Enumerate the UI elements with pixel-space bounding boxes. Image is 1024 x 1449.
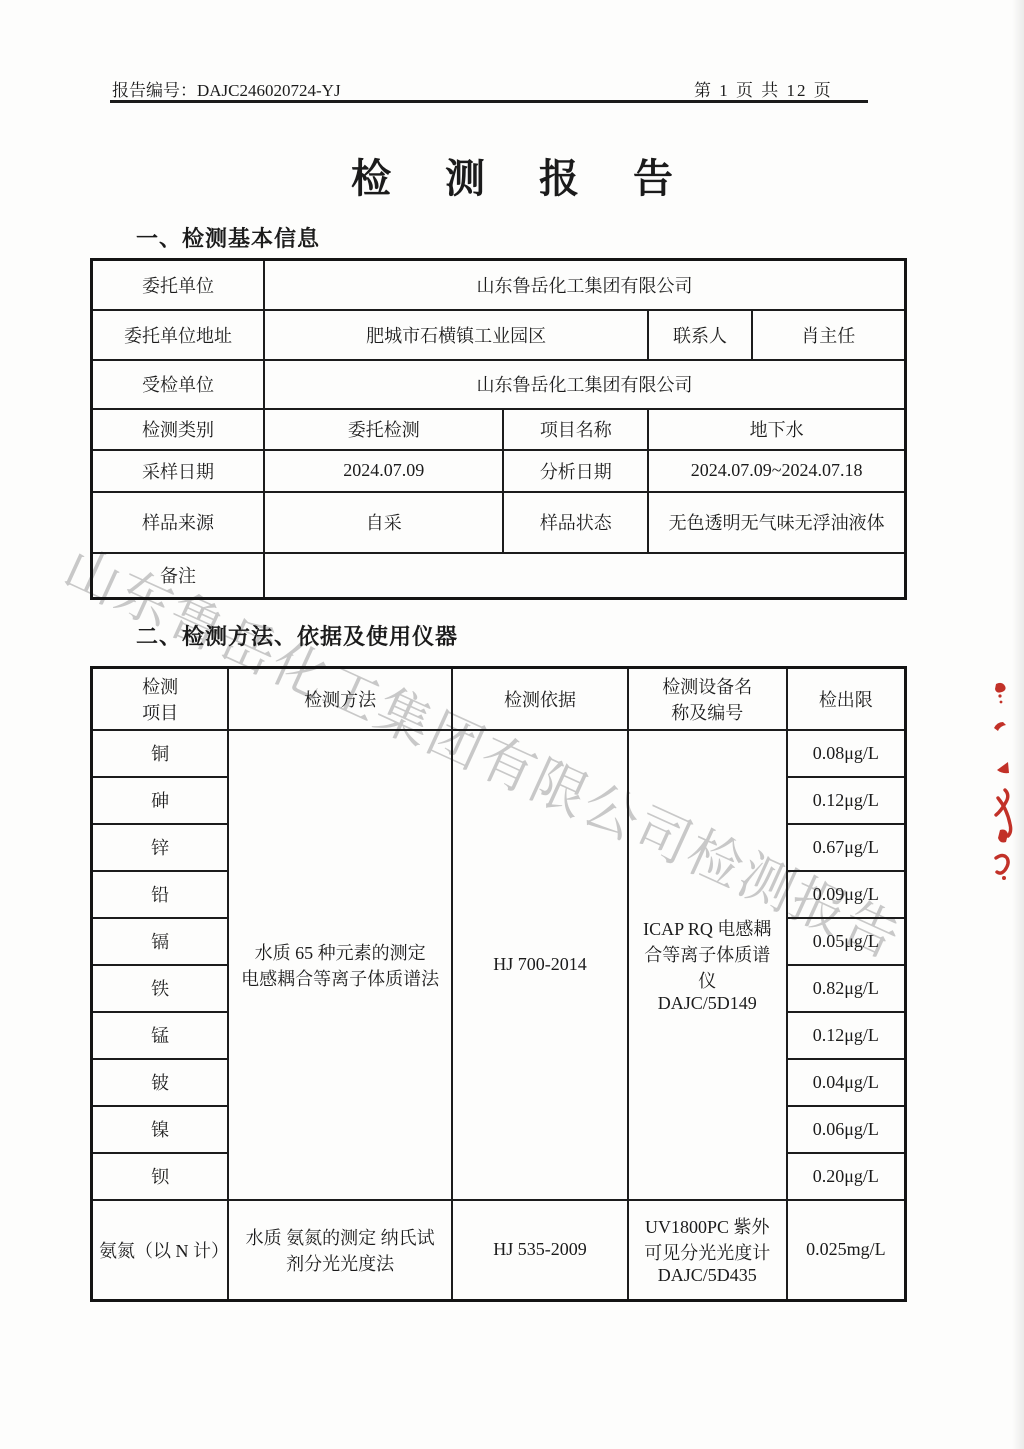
item-limit: 0.67μg/L <box>787 824 906 871</box>
col-equipment-header: 检测设备名 称及编号 <box>628 668 787 730</box>
item-limit: 0.06μg/L <box>787 1106 906 1153</box>
ammonia-name: 氨氮（以 N 计） <box>92 1200 229 1301</box>
category-label: 检测类别 <box>92 409 265 450</box>
item-limit: 0.05μg/L <box>787 918 906 965</box>
table-row: 检测类别 委托检测 项目名称 地下水 <box>92 409 906 450</box>
contact-value: 肖主任 <box>752 310 906 360</box>
item-limit: 0.82μg/L <box>787 965 906 1012</box>
table-row: 样品来源 自采 样品状态 无色透明无气味无浮油液体 <box>92 492 906 553</box>
ammonia-basis: HJ 535-2009 <box>452 1200 628 1301</box>
sample-state-value: 无色透明无气味无浮油液体 <box>648 492 905 553</box>
page-indicator: 第 1 页 共 12 页 <box>694 76 833 101</box>
group-basis: HJ 700-2014 <box>452 730 628 1200</box>
ammonia-equipment: UV1800PC 紫外 可见分光光度计 DAJC/5D435 <box>628 1200 787 1301</box>
item-name: 铍 <box>92 1059 229 1106</box>
table-row: 采样日期 2024.07.09 分析日期 2024.07.09~2024.07.… <box>92 450 906 492</box>
section1-heading: 一、检测基本信息 <box>136 222 320 253</box>
item-name: 钡 <box>92 1153 229 1200</box>
sample-source-value: 自采 <box>264 492 503 553</box>
ammonia-method: 水质 氨氮的测定 纳氏试 剂分光光度法 <box>228 1200 452 1301</box>
table-header-row: 检测 项目 检测方法 检测依据 检测设备名 称及编号 检出限 <box>92 668 906 730</box>
item-name: 锌 <box>92 824 229 871</box>
item-name: 铜 <box>92 730 229 777</box>
analysis-date-label: 分析日期 <box>503 450 648 492</box>
item-limit: 0.12μg/L <box>787 1012 906 1059</box>
item-name: 锰 <box>92 1012 229 1059</box>
item-name: 砷 <box>92 777 229 824</box>
table-row: 铜 水质 65 种元素的测定 电感耦合等离子体质谱法 HJ 700-2014 I… <box>92 730 906 777</box>
header-rule <box>110 100 868 103</box>
contact-label: 联系人 <box>648 310 751 360</box>
col-limit-header: 检出限 <box>787 668 906 730</box>
group-method: 水质 65 种元素的测定 电感耦合等离子体质谱法 <box>228 730 452 1200</box>
table-row: 受检单位 山东鲁岳化工集团有限公司 <box>92 360 906 409</box>
report-page: 山东鲁岳化工集团有限公司检测报告 报告编号：DAJC246020724-YJ 第… <box>0 0 1024 1449</box>
sampling-date-value: 2024.07.09 <box>264 450 503 492</box>
ammonia-limit: 0.025mg/L <box>787 1200 906 1301</box>
remark-value <box>264 553 905 599</box>
remark-label: 备注 <box>92 553 265 599</box>
sample-source-label: 样品来源 <box>92 492 265 553</box>
item-limit: 0.20μg/L <box>787 1153 906 1200</box>
inspected-label: 受检单位 <box>92 360 265 409</box>
item-limit: 0.09μg/L <box>787 871 906 918</box>
item-name: 镉 <box>92 918 229 965</box>
table-row: 委托单位地址 肥城市石横镇工业园区 联系人 肖主任 <box>92 310 906 360</box>
sample-state-label: 样品状态 <box>503 492 648 553</box>
analysis-date-value: 2024.07.09~2024.07.18 <box>648 450 905 492</box>
item-name: 铁 <box>92 965 229 1012</box>
client-label: 委托单位 <box>92 260 265 310</box>
basic-info-table: 委托单位 山东鲁岳化工集团有限公司 委托单位地址 肥城市石横镇工业园区 联系人 … <box>90 258 907 600</box>
table-row: 氨氮（以 N 计） 水质 氨氮的测定 纳氏试 剂分光光度法 HJ 535-200… <box>92 1200 906 1301</box>
item-limit: 0.12μg/L <box>787 777 906 824</box>
report-number: 报告编号：DAJC246020724-YJ <box>112 76 341 101</box>
inspected-value: 山东鲁岳化工集团有限公司 <box>264 360 905 409</box>
section2-heading: 二、检测方法、依据及使用仪器 <box>136 620 458 651</box>
col-method-header: 检测方法 <box>228 668 452 730</box>
item-name: 镍 <box>92 1106 229 1153</box>
item-limit: 0.04μg/L <box>787 1059 906 1106</box>
item-limit: 0.08μg/L <box>787 730 906 777</box>
category-value: 委托检测 <box>264 409 503 450</box>
document-title: 检 测 报 告 <box>0 147 1024 204</box>
col-basis-header: 检测依据 <box>452 668 628 730</box>
item-name: 铅 <box>92 871 229 918</box>
client-value: 山东鲁岳化工集团有限公司 <box>264 260 905 310</box>
red-seal-fragments-icon <box>984 678 1024 888</box>
address-label: 委托单位地址 <box>92 310 265 360</box>
methods-table: 检测 项目 检测方法 检测依据 检测设备名 称及编号 检出限 铜 水质 65 种… <box>90 666 907 1302</box>
group-equipment: ICAP RQ 电感耦 合等离子体质谱 仪 DAJC/5D149 <box>628 730 787 1200</box>
table-row: 备注 <box>92 553 906 599</box>
col-item-header: 检测 项目 <box>92 668 229 730</box>
project-value: 地下水 <box>648 409 905 450</box>
address-value: 肥城市石横镇工业园区 <box>264 310 648 360</box>
sampling-date-label: 采样日期 <box>92 450 265 492</box>
project-label: 项目名称 <box>503 409 648 450</box>
table-row: 委托单位 山东鲁岳化工集团有限公司 <box>92 260 906 310</box>
